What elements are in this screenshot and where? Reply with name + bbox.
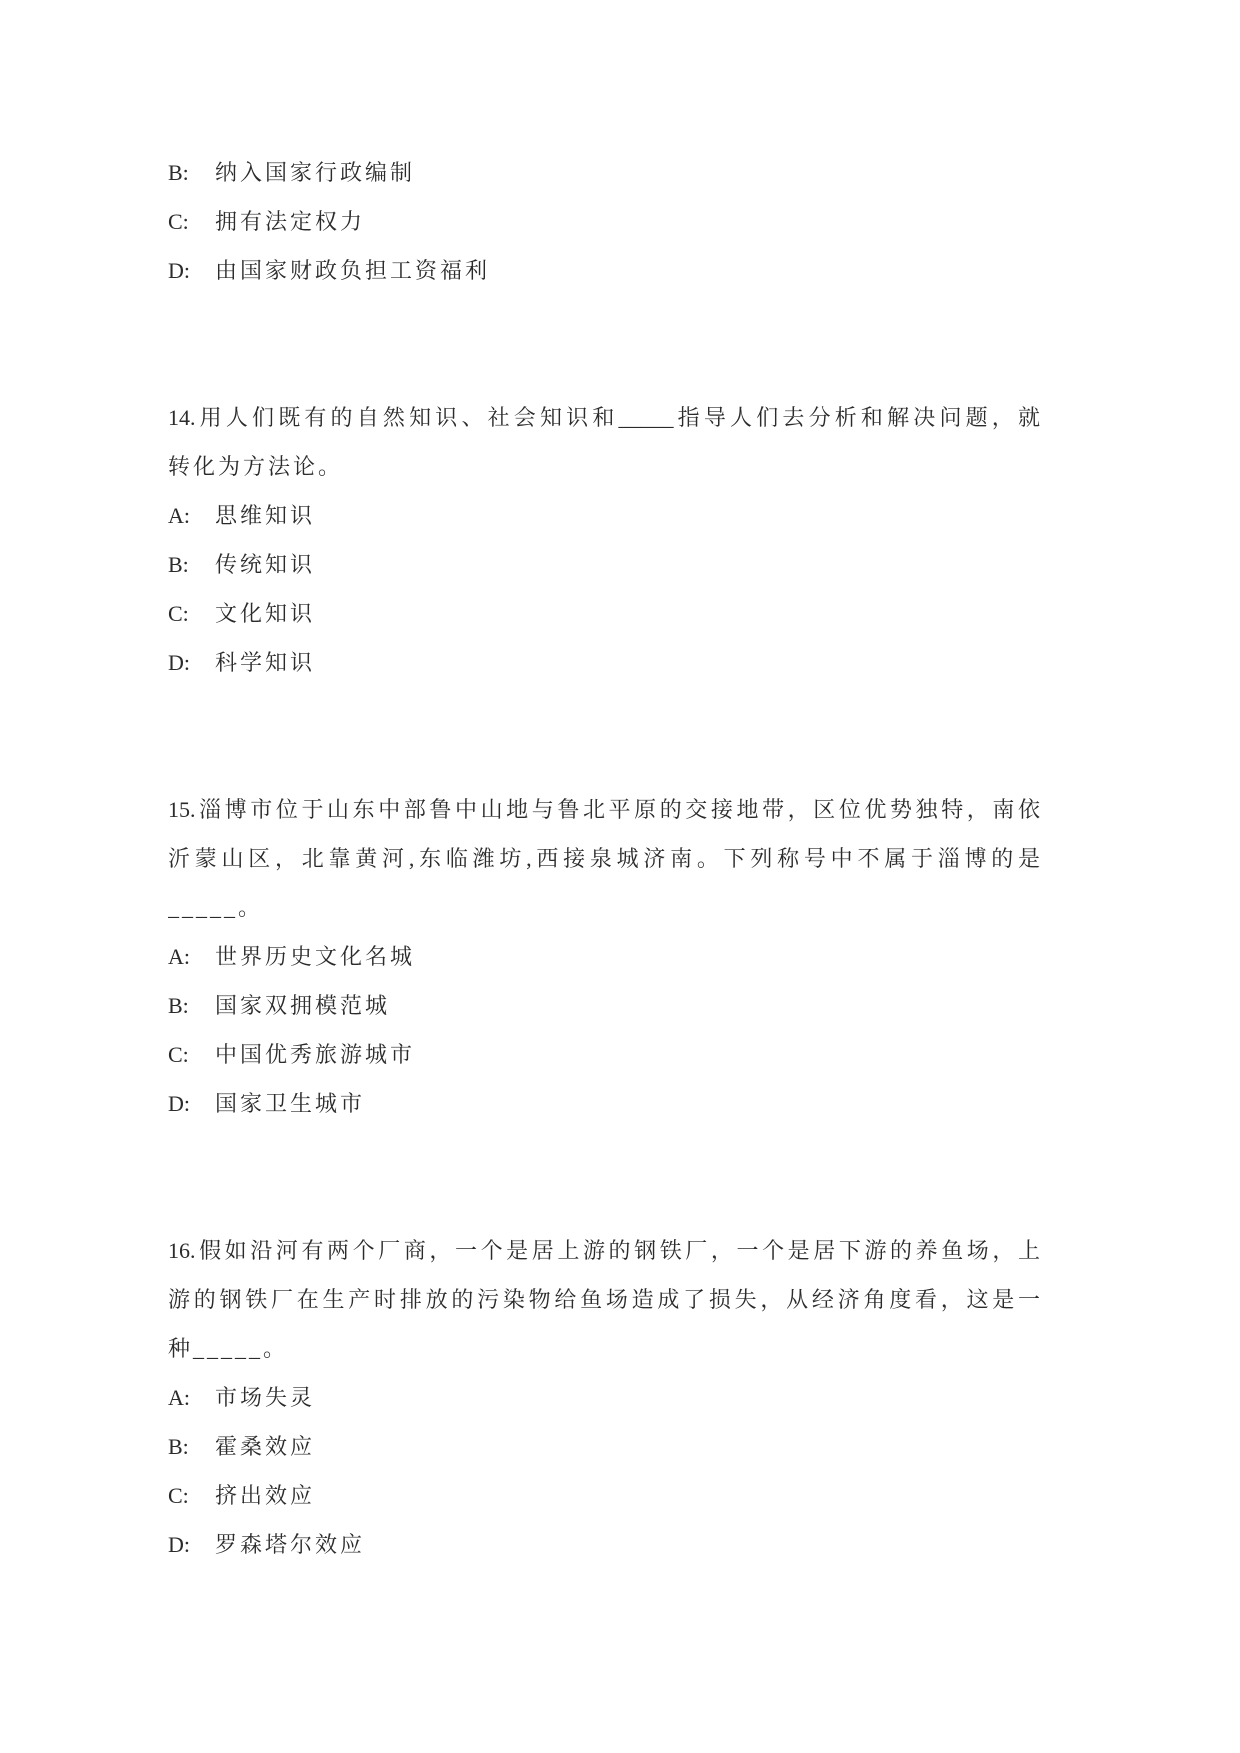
option-text: 罗森塔尔效应 <box>215 1520 1040 1569</box>
option-label: C: <box>168 197 215 246</box>
option-label: B: <box>168 540 215 589</box>
option-text: 传统知识 <box>215 540 1040 589</box>
question-stem-line: 游的钢铁厂在生产时排放的污染物给鱼场造成了损失，从经济角度看，这是一 <box>168 1275 1040 1324</box>
option-row: C: 中国优秀旅游城市 <box>168 1030 1040 1079</box>
option-text: 文化知识 <box>215 589 1040 638</box>
option-label: C: <box>168 1030 215 1079</box>
question-13-options: B: 纳入国家行政编制 C: 拥有法定权力 D: 由国家财政负担工资福利 <box>168 148 1040 295</box>
exam-page: B: 纳入国家行政编制 C: 拥有法定权力 D: 由国家财政负担工资福利 14.… <box>0 0 1240 1753</box>
option-label: C: <box>168 589 215 638</box>
option-text: 科学知识 <box>215 638 1040 687</box>
option-text: 世界历史文化名城 <box>215 932 1040 981</box>
option-text: 霍桑效应 <box>215 1422 1040 1471</box>
option-text: 挤出效应 <box>215 1471 1040 1520</box>
option-row: C: 拥有法定权力 <box>168 197 1040 246</box>
option-row: C: 挤出效应 <box>168 1471 1040 1520</box>
option-text: 由国家财政负担工资福利 <box>215 246 1040 295</box>
option-row: D: 国家卫生城市 <box>168 1079 1040 1128</box>
option-row: C: 文化知识 <box>168 589 1040 638</box>
option-label: D: <box>168 1079 215 1128</box>
question-16: 16.假如沿河有两个厂商，一个是居上游的钢铁厂，一个是居下游的养鱼场，上 游的钢… <box>168 1226 1040 1569</box>
option-label: D: <box>168 638 215 687</box>
option-text: 中国优秀旅游城市 <box>215 1030 1040 1079</box>
option-label: A: <box>168 932 215 981</box>
option-row: D: 科学知识 <box>168 638 1040 687</box>
option-text: 国家双拥模范城 <box>215 981 1040 1030</box>
option-label: D: <box>168 1520 215 1569</box>
option-label: C: <box>168 1471 215 1520</box>
option-text: 国家卫生城市 <box>215 1079 1040 1128</box>
option-row: B: 传统知识 <box>168 540 1040 589</box>
question-stem-line: 15.淄博市位于山东中部鲁中山地与鲁北平原的交接地带，区位优势独特，南依 <box>168 785 1040 834</box>
question-14: 14.用人们既有的自然知识、社会知识和_____指导人们去分析和解决问题，就 转… <box>168 393 1040 687</box>
question-stem-line: 种_____。 <box>168 1324 1040 1373</box>
option-row: B: 国家双拥模范城 <box>168 981 1040 1030</box>
option-label: B: <box>168 1422 215 1471</box>
question-stem-line: _____。 <box>168 883 1040 932</box>
option-row: D: 罗森塔尔效应 <box>168 1520 1040 1569</box>
question-stem-line: 转化为方法论。 <box>168 442 1040 491</box>
question-stem-line: 16.假如沿河有两个厂商，一个是居上游的钢铁厂，一个是居下游的养鱼场，上 <box>168 1226 1040 1275</box>
option-text: 纳入国家行政编制 <box>215 148 1040 197</box>
option-row: D: 由国家财政负担工资福利 <box>168 246 1040 295</box>
option-text: 思维知识 <box>215 491 1040 540</box>
option-label: A: <box>168 1373 215 1422</box>
option-label: B: <box>168 148 215 197</box>
option-text: 市场失灵 <box>215 1373 1040 1422</box>
question-stem-line: 14.用人们既有的自然知识、社会知识和_____指导人们去分析和解决问题，就 <box>168 393 1040 442</box>
option-label: B: <box>168 981 215 1030</box>
option-row: A: 思维知识 <box>168 491 1040 540</box>
option-text: 拥有法定权力 <box>215 197 1040 246</box>
option-label: D: <box>168 246 215 295</box>
question-15: 15.淄博市位于山东中部鲁中山地与鲁北平原的交接地带，区位优势独特，南依 沂蒙山… <box>168 785 1040 1128</box>
question-stem-line: 沂蒙山区，北靠黄河,东临潍坊,西接泉城济南。下列称号中不属于淄博的是 <box>168 834 1040 883</box>
option-row: B: 霍桑效应 <box>168 1422 1040 1471</box>
option-row: A: 世界历史文化名城 <box>168 932 1040 981</box>
option-label: A: <box>168 491 215 540</box>
option-row: B: 纳入国家行政编制 <box>168 148 1040 197</box>
option-row: A: 市场失灵 <box>168 1373 1040 1422</box>
exam-content: B: 纳入国家行政编制 C: 拥有法定权力 D: 由国家财政负担工资福利 14.… <box>168 148 1040 1569</box>
